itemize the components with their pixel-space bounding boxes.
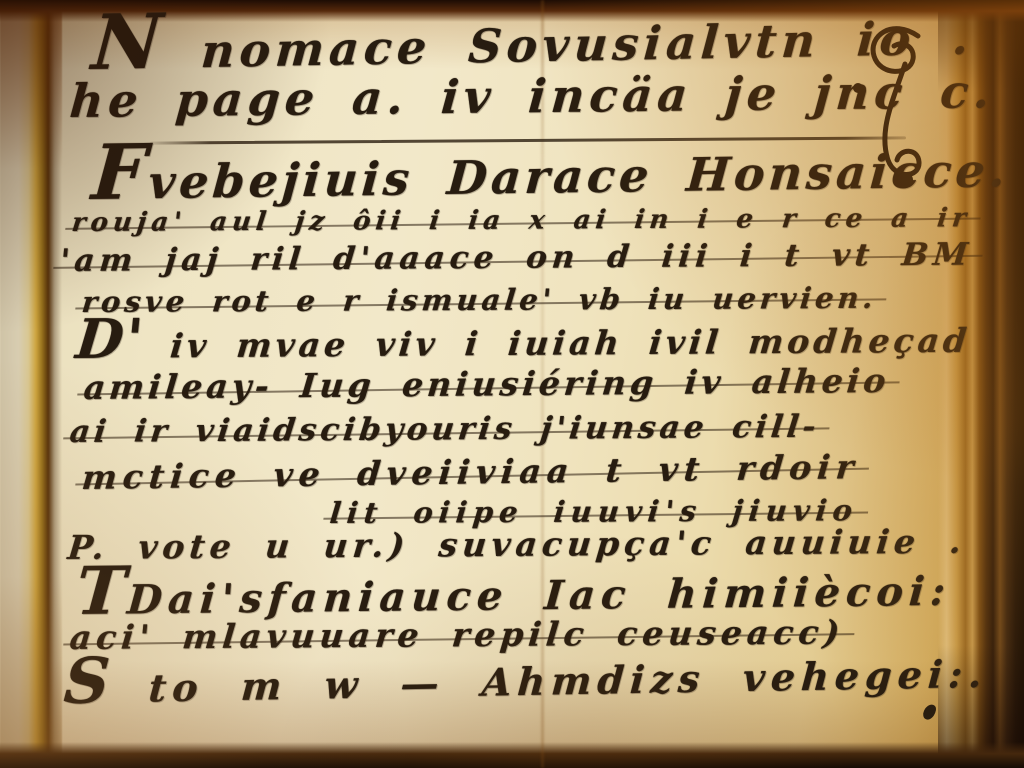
manuscript-line: 'am jaj ril d'aaace on d iii i t vt BM	[58, 237, 974, 279]
manuscript-line: rosve rot e r ismuale' vb iu uervien.	[80, 281, 878, 319]
manuscript-line: D' iv mvae viv i iuiah ivil modheçad	[74, 314, 973, 366]
swash-flourish	[848, 22, 948, 202]
manuscript-line: rouja' aul jz ôii i ia x ai in i e r ce …	[70, 203, 972, 238]
handwriting-block: N nomace Sovusialvtn io . he page a. iv …	[0, 0, 1024, 768]
manuscript-photo: N nomace Sovusialvtn io . he page a. iv …	[0, 0, 1024, 768]
manuscript-line: mctice ve dveiiviaa t vt rdoir	[80, 447, 861, 497]
manuscript-line: amileay- Iug eniusiéring iv alheio	[82, 361, 891, 407]
ink-blot	[921, 702, 938, 721]
manuscript-line: ai ir viaidscibyouris j'iunsae cill-	[68, 409, 822, 450]
